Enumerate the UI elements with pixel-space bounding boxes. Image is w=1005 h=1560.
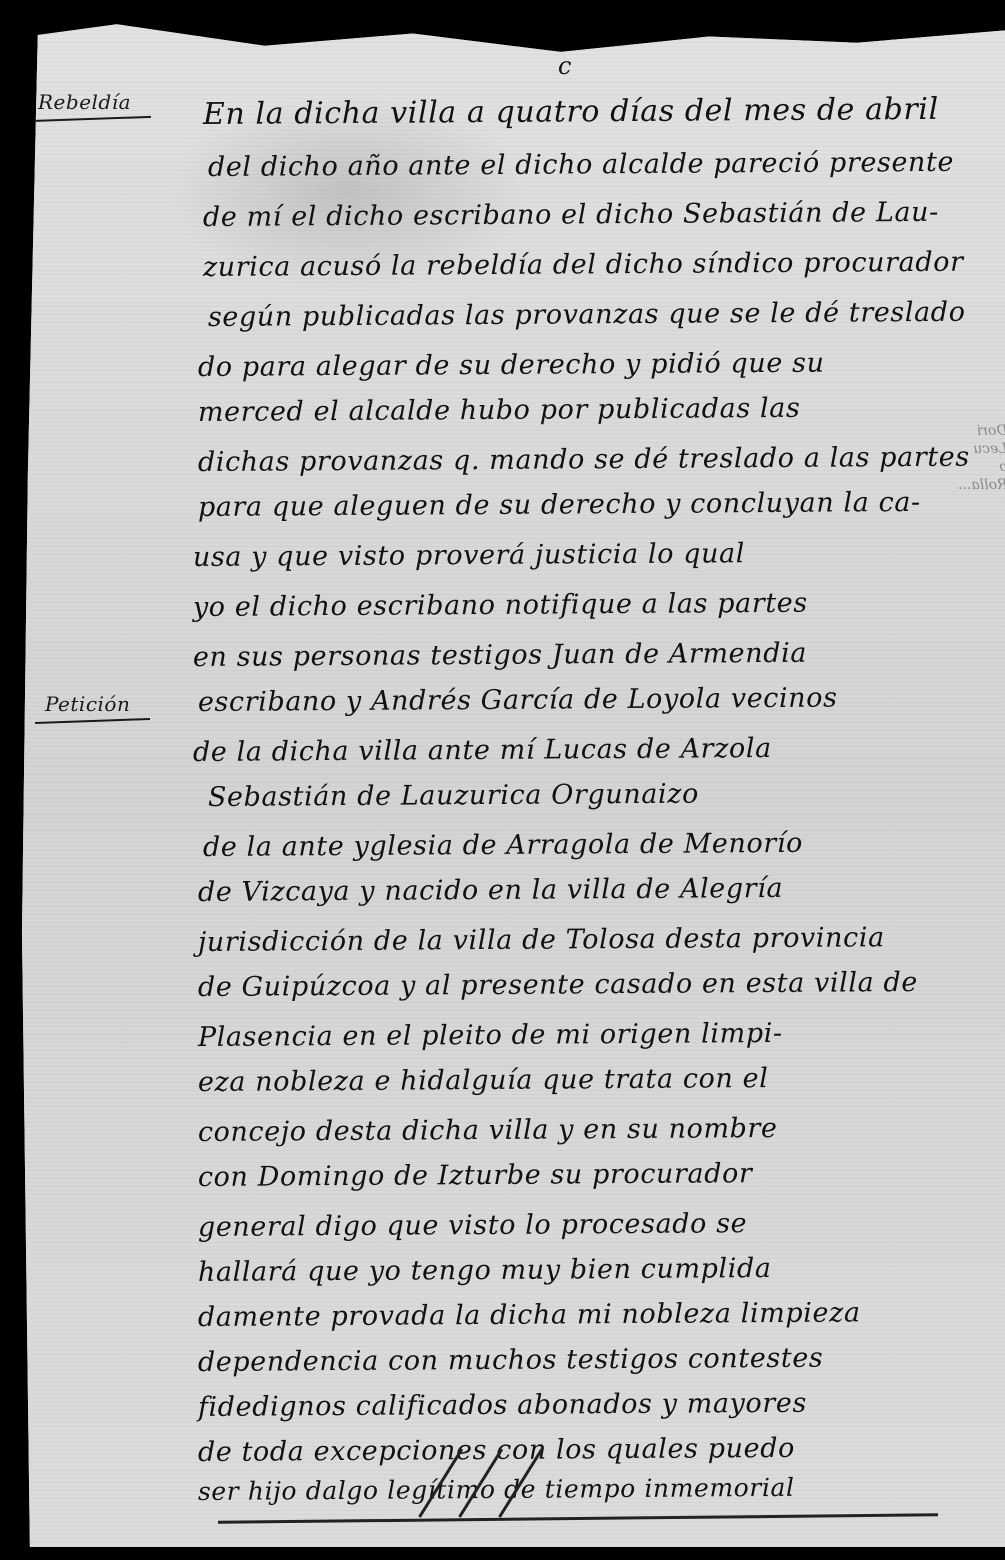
text-line: yo el dicho escribano notifique a las pa… <box>193 588 808 623</box>
text-line: con Domingo de Izturbe su procurador <box>198 1158 753 1193</box>
text-line: de Vizcaya y nacido en la villa de Alegr… <box>198 873 783 908</box>
ghost-text: Dori <box>958 422 1005 440</box>
text-line: dependencia con muchos testigos conteste… <box>198 1343 824 1378</box>
margin-note-peticion: Petición <box>45 692 130 716</box>
text-line: para que aleguen de su derecho y concluy… <box>198 487 921 523</box>
text-line: de Guipúzcoa y al presente casado en est… <box>198 967 918 1003</box>
text-line: Sebastián de Lauzurica Orgunaizo <box>208 779 699 813</box>
text-line: hallará que yo tengo muy bien cumplida <box>198 1253 772 1288</box>
text-line: en sus personas testigos Juan de Armendi… <box>193 638 807 673</box>
text-line: concejo desta dicha villa y en su nombre <box>198 1113 778 1148</box>
text-line: de mí el dicho escribano el dicho Sebast… <box>203 197 939 233</box>
manuscript-page: c Rebeldía Petición Dori Lecu o Rolla...… <box>18 12 1005 1547</box>
margin-note-rebeldia: Rebeldía <box>38 90 131 114</box>
text-line: jurisdicción de la villa de Tolosa desta… <box>198 922 885 958</box>
text-line: Plasencia en el pleito de mi origen limp… <box>198 1018 783 1053</box>
text-line: ser hijo dalgo legítimo de tiempo inmemo… <box>198 1473 795 1506</box>
closing-rule <box>218 1513 938 1524</box>
text-line: de la dicha villa ante mí Lucas de Arzol… <box>193 733 772 768</box>
text-line: merced el alcalde hubo por publicadas la… <box>198 393 801 428</box>
text-line: do para alegar de su derecho y pidió que… <box>198 348 825 383</box>
text-line: En la dicha villa a quatro días del mes … <box>203 92 939 132</box>
text-line: de toda excepciones con los quales puedo <box>198 1433 795 1468</box>
text-line: del dicho año ante el dicho alcalde pare… <box>208 147 954 183</box>
text-line: según publicadas las provanzas que se le… <box>208 297 966 333</box>
text-line: usa y que visto proverá justicia lo qual <box>193 538 745 573</box>
text-line: escribano y Andrés García de Loyola veci… <box>198 683 838 718</box>
text-line: de la ante yglesia de Arragola de Menorí… <box>203 828 803 863</box>
ghost-text: Rolla... <box>958 476 1005 494</box>
text-line: eza nobleza e hidalguía que trata con el <box>198 1063 769 1098</box>
text-line: general digo que visto lo procesado se <box>198 1208 747 1243</box>
text-line: dichas provanzas q. mando se dé treslado… <box>198 442 970 478</box>
text-line: zurica acusó la rebeldía del dicho síndi… <box>203 247 964 283</box>
text-line: fidedignos calificados abonados y mayore… <box>198 1388 807 1423</box>
top-mark: c <box>558 52 572 80</box>
text-line: damente provada la dicha mi nobleza limp… <box>198 1297 861 1333</box>
